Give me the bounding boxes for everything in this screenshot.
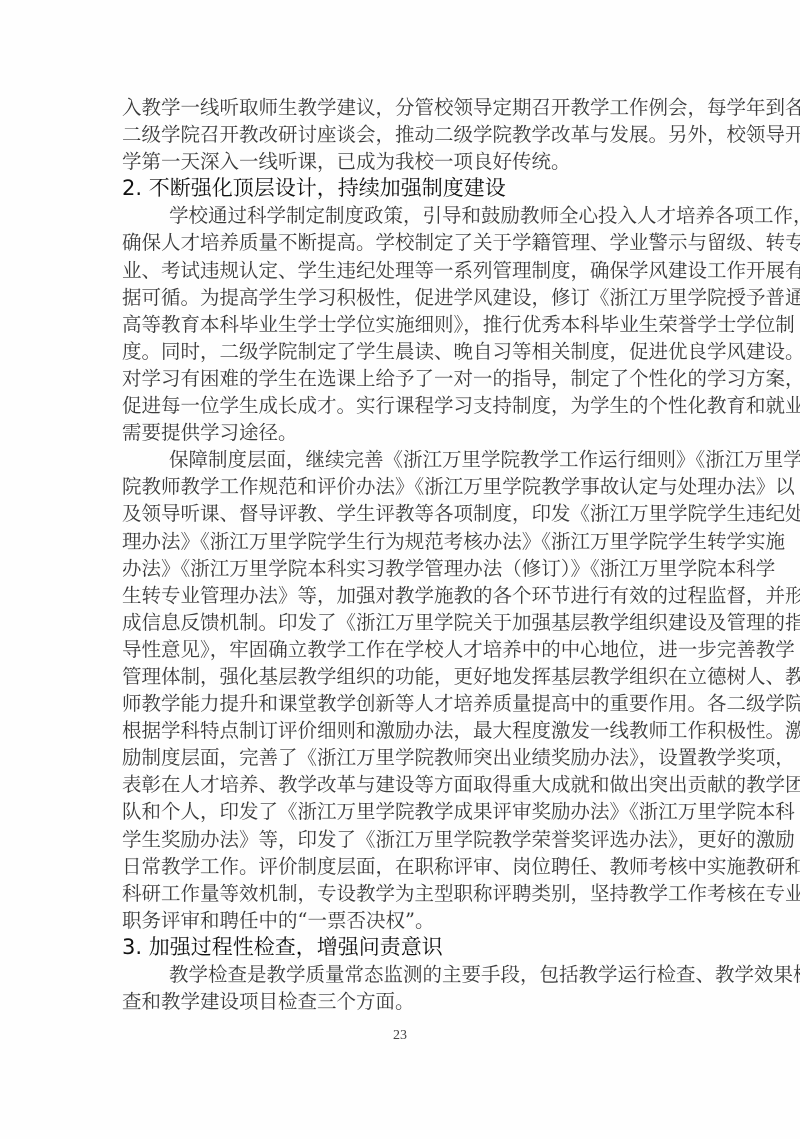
text-line: 对学习有困难的学生在选课上给予了一对一的指导，制定了个性化的学习方案，: [122, 365, 684, 392]
section-heading-3: 3. 加强过程性检查，增强问责意识: [122, 934, 684, 961]
text-line: 学生奖励办法》等，印发了《浙江万里学院教学荣誉奖评选办法》，更好的激励: [122, 826, 684, 853]
text-line: 需要提供学习途径。: [122, 419, 684, 446]
text-line: 及领导听课、督导评教、学生评教等各项制度，印发《浙江万里学院学生违纪处: [122, 500, 684, 527]
text-line: 成信息反馈机制。印发了《浙江万里学院关于加强基层教学组织建设及管理的指: [122, 609, 684, 636]
text-line: 度。同时，二级学院制定了学生晨读、晚自习等相关制度，促进优良学风建设。: [122, 338, 684, 365]
text-line: 促进每一位学生成长成才。实行课程学习支持制度，为学生的个性化教育和就业: [122, 392, 684, 419]
text-line: 高等教育本科毕业生学士学位实施细则》，推行优秀本科毕业生荣誉学士学位制: [122, 311, 684, 338]
text-line: 办法》《浙江万里学院本科实习教学管理办法（修订）》《浙江万里学院本科学: [122, 555, 684, 582]
text-line: 日常教学工作。评价制度层面，在职称评审、岗位聘任、教师考核中实施教研和: [122, 853, 684, 880]
text-line: 导性意见》，牢固确立教学工作在学校人才培养中的中心地位，进一步完善教学: [122, 636, 684, 663]
text-line: 励制度层面，完善了《浙江万里学院教师突出业绩奖励办法》，设置教学奖项，: [122, 744, 684, 771]
text-line: 根据学科特点制订评价细则和激励办法，最大程度激发一线教师工作积极性。激: [122, 717, 684, 744]
text-line: 入教学一线听取师生教学建议，分管校领导定期召开教学工作例会，每学年到各: [122, 94, 684, 121]
text-line: 职务评审和聘任中的“一票否决权”。: [122, 907, 684, 934]
text-line: 管理体制，强化基层教学组织的功能，更好地发挥基层教学组织在立德树人、教: [122, 663, 684, 690]
section-heading-2: 2. 不断强化顶层设计，持续加强制度建设: [122, 175, 684, 202]
text-line: 保障制度层面，继续完善《浙江万里学院教学工作运行细则》《浙江万里学: [122, 446, 684, 473]
text-line: 业、考试违规认定、学生违纪处理等一系列管理制度，确保学风建设工作开展有: [122, 257, 684, 284]
page-number: 23: [0, 1028, 800, 1044]
document-page: 入教学一线听取师生教学建议，分管校领导定期召开教学工作例会，每学年到各 二级学院…: [0, 0, 800, 1139]
text-line: 学第一天深入一线听课，已成为我校一项良好传统。: [122, 148, 684, 175]
text-line: 理办法》《浙江万里学院学生行为规范考核办法》《浙江万里学院学生转学实施: [122, 528, 684, 555]
text-line: 据可循。为提高学生学习积极性，促进学风建设，修订《浙江万里学院授予普通: [122, 284, 684, 311]
text-line: 查和教学建设项目检查三个方面。: [122, 988, 684, 1015]
text-line: 院教师教学工作规范和评价办法》《浙江万里学院教学事故认定与处理办法》以: [122, 473, 684, 500]
text-line: 学校通过科学制定制度政策，引导和鼓励教师全心投入人才培养各项工作，: [122, 202, 684, 229]
text-line: 确保人才培养质量不断提高。学校制定了关于学籍管理、学业警示与留级、转专: [122, 229, 684, 256]
text-line: 队和个人，印发了《浙江万里学院教学成果评审奖励办法》《浙江万里学院本科: [122, 798, 684, 825]
text-line: 生转专业管理办法》等，加强对教学施教的各个环节进行有效的过程监督，并形: [122, 582, 684, 609]
text-line: 表彰在人才培养、教学改革与建设等方面取得重大成就和做出突出贡献的教学团: [122, 771, 684, 798]
text-line: 教学检查是教学质量常态监测的主要手段，包括教学运行检查、教学效果检: [122, 961, 684, 988]
text-line: 师教学能力提升和课堂教学创新等人才培养质量提高中的重要作用。各二级学院: [122, 690, 684, 717]
page-body: 入教学一线听取师生教学建议，分管校领导定期召开教学工作例会，每学年到各 二级学院…: [122, 94, 684, 1015]
text-line: 科研工作量等效机制，专设教学为主型职称评聘类别，坚持教学工作考核在专业: [122, 880, 684, 907]
text-line: 二级学院召开教改研讨座谈会，推动二级学院教学改革与发展。另外，校领导开: [122, 121, 684, 148]
